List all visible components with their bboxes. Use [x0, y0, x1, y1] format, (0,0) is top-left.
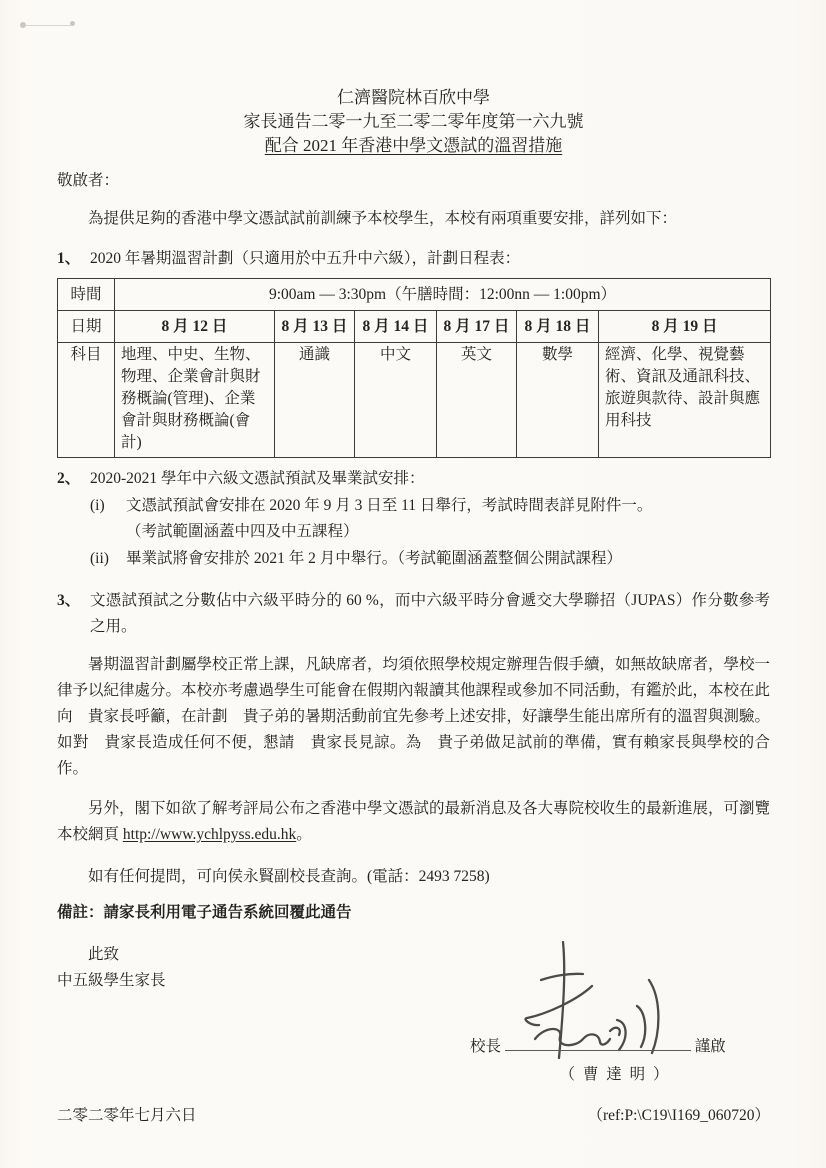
notice-body: 仁濟醫院林百欣中學 家長通告二零一九至二零二零年度第一六九號 配合 2021 年… [57, 86, 770, 1129]
sub-ii-label: (ii) [90, 546, 126, 572]
subject-cell: 通識 [275, 343, 355, 458]
reference-code: （ref:P:\C19\I169_060720） [587, 1103, 770, 1129]
sub-ii-text: 畢業試將會安排於 2021 年 2 月中舉行。（考試範圍涵蓋整個公開試課程） [126, 546, 770, 572]
subject-cell: 英文 [437, 343, 517, 458]
date-cell: 8 月 18 日 [517, 311, 599, 343]
table-row-date: 日期 8 月 12 日 8 月 13 日 8 月 14 日 8 月 17 日 8… [58, 311, 771, 343]
notice-title: 配合 2021 年香港中學文憑試的溫習措施 [57, 134, 770, 158]
table-row-subjects: 科目 地理、中史、生物、物理、企業會計與財務概論(管理)、企業會計與財務概論(會… [58, 343, 771, 458]
school-name: 仁濟醫院林百欣中學 [57, 86, 770, 110]
notice-number-line: 家長通告二零一九至二零二零年度第一六九號 [57, 110, 770, 134]
item-1-text: 2020 年暑期溫習計劃（只適用於中五升中六級），計劃日程表： [90, 246, 770, 272]
subject-cell: 經濟、化學、視覺藝術、資訊及通訊科技、旅遊與款待、設計與應用科技 [599, 343, 771, 458]
sub-i-label: (i) [90, 493, 126, 519]
scan-artifact-scratch [25, 25, 71, 26]
principal-label: 校長 [470, 1038, 501, 1055]
attendance-paragraph: 暑期溫習計劃屬學校正常上課，凡缺席者，均須依照學校規定辦理告假手續，如無故缺席者… [57, 652, 770, 782]
item-2-sub-ii: (ii) 畢業試將會安排於 2021 年 2 月中舉行。（考試範圍涵蓋整個公開試… [90, 546, 770, 572]
news-paragraph: 另外，閣下如欲了解考評局公布之香港中學文憑試的最新消息及各大專院校收生的最新進展… [57, 796, 770, 848]
school-website-url: http://www.ychlpyss.edu.hk [123, 826, 296, 843]
date-cell: 8 月 13 日 [275, 311, 355, 343]
intro-paragraph: 為提供足夠的香港中學文憑試試前訓練予本校學生，本校有兩項重要安排，詳列如下： [57, 206, 770, 232]
item-2-content: 2020-2021 學年中六級文憑試預試及畢業試安排： (i) 文憑試預試會安排… [90, 466, 770, 572]
signature-block: 校長 謹啟 （ 曹 達 明 ） [57, 994, 770, 1099]
item-1: 1、 2020 年暑期溫習計劃（只適用於中五升中六級），計劃日程表： [57, 246, 770, 272]
date-label-cell: 日期 [58, 311, 115, 343]
remark-line: 備註：請家長利用電子通告系統回覆此通告 [57, 900, 770, 926]
date-cell: 8 月 17 日 [437, 311, 517, 343]
principal-name: （ 曹 達 明 ） [505, 1062, 725, 1088]
news-paragraph-suffix: 。 [296, 826, 312, 843]
table-row-time: 時間 9:00am — 3:30pm（午膳時間：12:00nn — 1:00pm… [58, 279, 771, 311]
scanned-notice-page: 仁濟醫院林百欣中學 家長通告二零一九至二零二零年度第一六九號 配合 2021 年… [0, 0, 826, 1168]
item-3: 3、 文憑試預試之分數佔中六級平時分的 60 %，而中六級平時分會遞交大學聯招（… [57, 588, 770, 640]
signature-underline [505, 1050, 691, 1051]
signature-line-row: 校長 謹啟 [470, 1034, 726, 1060]
subject-cell: 中文 [355, 343, 437, 458]
enquiry-line: 如有任何提問，可向侯永賢副校長查詢。(電話：2493 7258) [57, 864, 770, 890]
respectfully-label: 謹啟 [695, 1038, 726, 1055]
date-cell: 8 月 19 日 [599, 311, 771, 343]
time-label-cell: 時間 [58, 279, 115, 311]
date-cell: 8 月 14 日 [355, 311, 437, 343]
subject-cell: 數學 [517, 343, 599, 458]
item-2: 2、 2020-2021 學年中六級文憑試預試及畢業試安排： (i) 文憑試預試… [57, 466, 770, 572]
sub-i-note: （考試範圍涵蓋中四及中五課程） [126, 519, 770, 545]
summer-schedule-table: 時間 9:00am — 3:30pm（午膳時間：12:00nn — 1:00pm… [57, 278, 771, 458]
item-2-sub-i: (i) 文憑試預試會安排在 2020 年 9 月 3 日至 11 日舉行，考試時… [90, 493, 770, 519]
item-1-number: 1、 [57, 246, 90, 272]
salutation: 敬啟者： [57, 168, 770, 194]
item-2-number: 2、 [57, 466, 90, 492]
time-value-cell: 9:00am — 3:30pm（午膳時間：12:00nn — 1:00pm） [115, 279, 771, 311]
subject-label-cell: 科目 [58, 343, 115, 458]
issue-date: 二零二零年七月六日 [57, 1103, 197, 1129]
item-3-number: 3、 [57, 588, 90, 614]
item-3-text: 文憑試預試之分數佔中六級平時分的 60 %，而中六級平時分會遞交大學聯招（JUP… [90, 588, 770, 640]
footer: 二零二零年七月六日 （ref:P:\C19\I169_060720） [57, 1103, 770, 1129]
sub-i-text: 文憑試預試會安排在 2020 年 9 月 3 日至 11 日舉行，考試時間表詳見… [126, 493, 770, 519]
date-cell: 8 月 12 日 [115, 311, 275, 343]
item-2-text: 2020-2021 學年中六級文憑試預試及畢業試安排： [90, 466, 770, 492]
subject-cell: 地理、中史、生物、物理、企業會計與財務概論(管理)、企業會計與財務概論(會計) [115, 343, 275, 458]
